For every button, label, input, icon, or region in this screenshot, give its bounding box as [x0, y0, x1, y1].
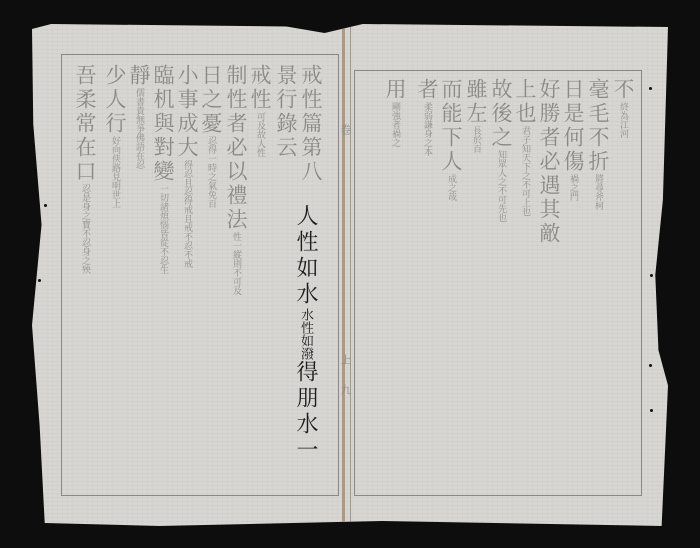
- left-column-3: 制性者必以禮法性一縱則不可及: [225, 64, 247, 295]
- column-main-text: 戒性: [248, 64, 272, 112]
- center-fold-line: [350, 24, 351, 526]
- right-column-10: 用剛強者禍之: [384, 78, 406, 147]
- column-annotation: 得忍且忍得戒且戒不忍不戒: [182, 160, 192, 268]
- left-column-8: 少人行好向侠路見明世上: [104, 64, 126, 208]
- column-main-text: 日是何傷: [561, 78, 585, 174]
- column-annotation: 忍是身之寶不忍身之殃: [80, 184, 90, 274]
- column-annotation: 好向侠路見明世上: [110, 136, 120, 208]
- right-column-7: 雖左長於百: [465, 78, 487, 153]
- chapter-heading: 戒性篇第八: [300, 64, 322, 184]
- column-annotation: 一切諸煩惱皆從不忍生: [158, 184, 168, 274]
- column-annotation: 終為江河: [618, 102, 628, 138]
- column-annotation: 將尋斧柯: [593, 174, 603, 210]
- fold-margin-label-3: 九: [334, 384, 356, 398]
- column-annotation: 忍得一時之氣免百: [206, 136, 216, 208]
- left-column-6: 臨机與對變一切諸煩惱皆從不忍生: [152, 64, 174, 274]
- left-column-9: 吾柔常在口忍是身之寶不忍身之殃: [74, 64, 96, 274]
- column-annotation: 知眾人之不可先也: [496, 150, 506, 222]
- column-main-text: 制性者必以禮法: [224, 64, 248, 232]
- column-main-text: 好勝者必遇其敵: [537, 78, 561, 246]
- overlay-annotation: 水性如潑: [298, 308, 313, 360]
- column-main-text: 小事成大: [175, 64, 199, 160]
- overlay-main-text: 人性如水: [293, 204, 318, 308]
- column-annotation: 可及故人性: [255, 112, 265, 157]
- column-main-text: 而能下人: [439, 78, 463, 174]
- right-column-4: 好勝者必遇其敵: [538, 78, 560, 246]
- paper-speck: [649, 87, 652, 90]
- center-fold: [342, 24, 345, 526]
- column-annotation: 成之哉: [446, 174, 456, 201]
- paper-speck: [38, 279, 41, 282]
- column-main-text: 景行錄云: [274, 64, 298, 160]
- column-annotation: 剛強者禍之: [390, 102, 400, 147]
- column-annotation: 長於百: [471, 126, 481, 153]
- right-column-5: 上也君子知天下之不可上也: [514, 78, 536, 216]
- column-main-text: 故後之: [489, 78, 513, 150]
- fold-margin-label-1: 卷: [334, 124, 356, 138]
- right-column-2: 毫毛不折將尋斧柯: [587, 78, 609, 210]
- right-column-3: 日是何傷禍之門: [562, 78, 584, 201]
- column-main-text: 者: [415, 78, 439, 102]
- column-main-text: 靜: [127, 64, 151, 88]
- column-annotation: 禍之門: [568, 174, 578, 201]
- column-main-text: 用: [383, 78, 407, 102]
- manuscript-paper: 戒性篇第八 景行錄云 戒性可及故人性 制性者必以禮法性一縱則不可及 日之憂忍得一…: [32, 24, 668, 526]
- right-column-6: 故後之知眾人之不可先也: [490, 78, 512, 222]
- paper-speck: [649, 364, 652, 367]
- overlay-tail-text: 得朋水一: [293, 360, 318, 464]
- left-column-1: 景行錄云: [275, 64, 297, 160]
- column-annotation: 君子知天下之不可上也: [520, 126, 530, 216]
- paper-speck: [44, 204, 47, 207]
- column-main-text: 毫毛不折: [586, 78, 610, 174]
- column-main-text: 日之憂: [199, 64, 223, 136]
- left-column-4: 日之憂忍得一時之氣免百: [200, 64, 222, 208]
- column-main-text: 臨机與對變: [151, 64, 175, 184]
- column-annotation: 性一縱則不可及: [231, 232, 241, 295]
- right-column-8: 而能下人成之哉: [440, 78, 462, 201]
- left-column-2: 戒性可及故人性: [249, 64, 271, 157]
- overlay-column: 人性如水水性如潑得朋水一: [290, 204, 321, 464]
- left-column-7: 靜儒書貴無爭佛語在忍: [128, 64, 150, 169]
- paper-speck: [650, 409, 653, 412]
- right-column-9: 者柔弱謙身之本: [416, 78, 438, 156]
- column-main-text: 上也: [513, 78, 537, 126]
- column-annotation: 儒書貴無爭佛語在忍: [134, 88, 144, 169]
- column-main-text: 吾柔常在口: [73, 64, 97, 184]
- column-main-text: 少人行: [103, 64, 127, 136]
- column-main-text: 雖左: [464, 78, 488, 126]
- right-column-1: 不終為江河: [612, 78, 634, 138]
- fold-margin-label-2: 上: [334, 354, 356, 368]
- paper-speck: [650, 274, 653, 277]
- column-main-text: 不: [611, 78, 635, 102]
- left-column-5: 小事成大得忍且忍得戒且戒不忍不戒: [176, 64, 198, 268]
- column-annotation: 柔弱謙身之本: [422, 102, 432, 156]
